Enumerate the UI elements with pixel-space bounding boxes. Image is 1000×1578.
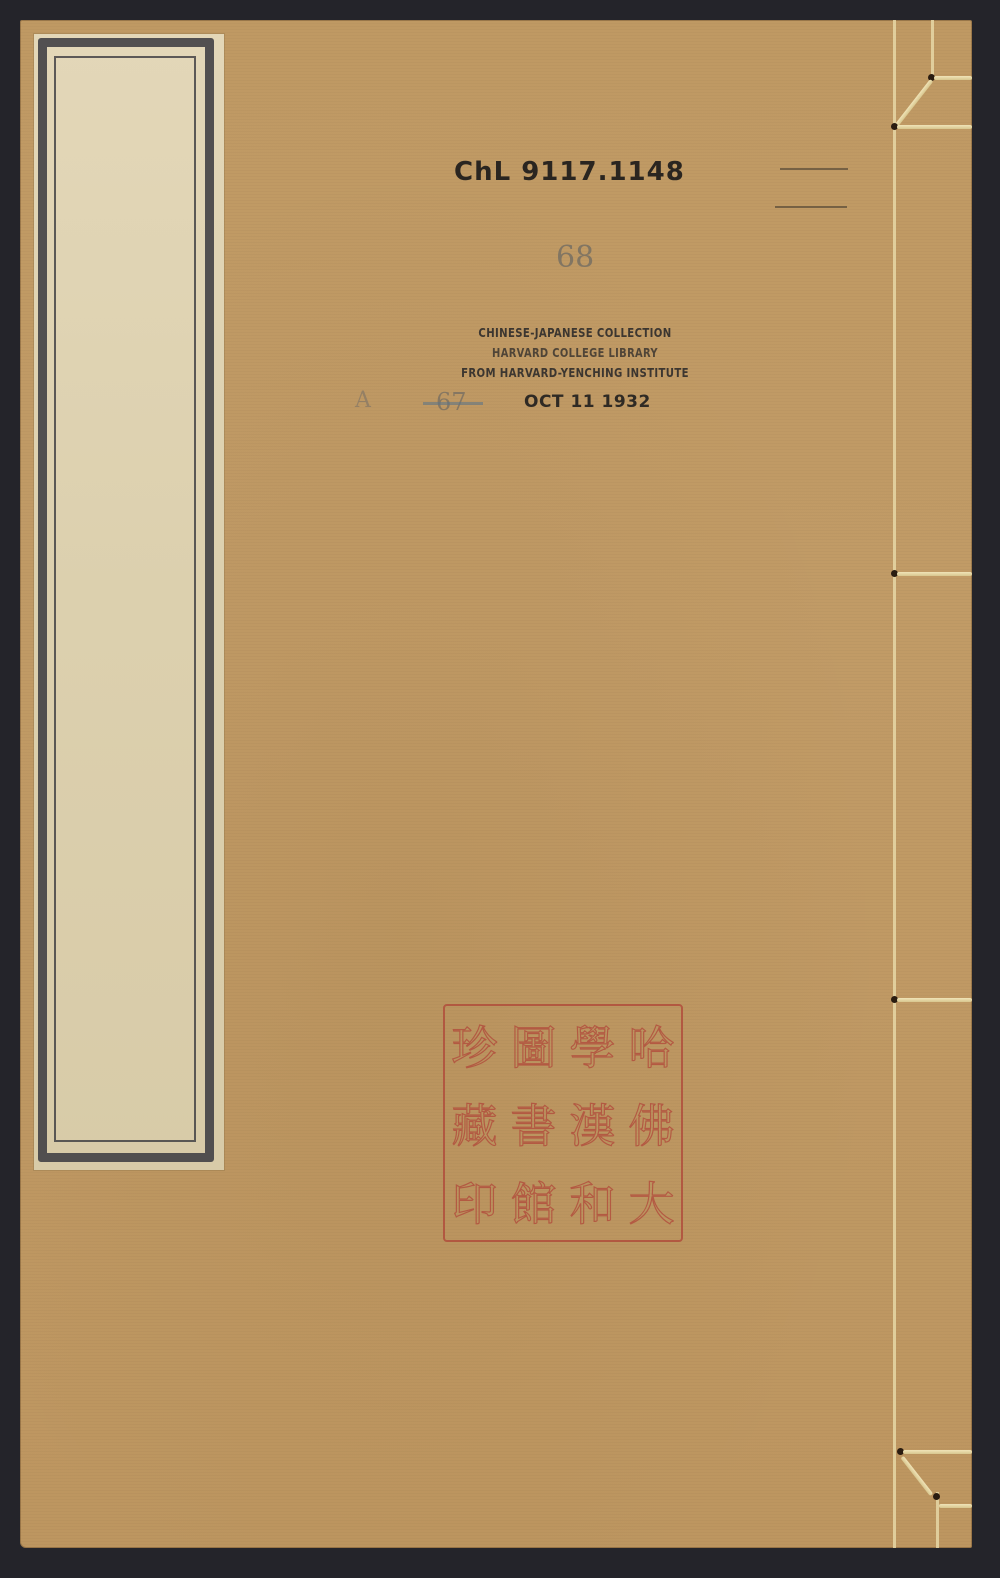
stamp-line: HARVARD COLLEGE LIBRARY	[447, 343, 702, 363]
library-stamp: CHINESE-JAPANESE COLLECTION HARVARD COLL…	[430, 323, 720, 383]
faint-ink-mark	[775, 206, 847, 208]
red-seal: 哈 佛 大 學 漢 和 圖 書 館 珍 藏 印	[443, 1004, 683, 1242]
binding-thread	[903, 1450, 972, 1454]
seal-character: 珍	[445, 1006, 504, 1084]
binding-spine-thread	[936, 1492, 939, 1548]
stamp-date: OCT 11 1932	[524, 392, 651, 412]
seal-character: 大	[622, 1162, 681, 1240]
binding-thread	[897, 998, 972, 1002]
seal-character: 和	[563, 1162, 622, 1240]
binding-thread	[897, 572, 972, 576]
stitch-hole	[933, 1493, 940, 1500]
seal-character: 圖	[504, 1006, 563, 1084]
seal-character: 佛	[622, 1084, 681, 1162]
seal-character: 學	[563, 1006, 622, 1084]
seal-character: 藏	[445, 1084, 504, 1162]
faint-ink-mark	[780, 168, 848, 170]
binding-thread	[897, 125, 972, 129]
seal-character: 館	[504, 1162, 563, 1240]
pencil-number: 68	[556, 240, 594, 275]
binding-spine-thread	[893, 20, 896, 1548]
call-number-stamp: ChL 9117.1148	[454, 157, 685, 187]
seal-character: 印	[445, 1162, 504, 1240]
stamp-line: CHINESE-JAPANESE COLLECTION	[445, 323, 706, 343]
binding-thread	[934, 76, 972, 80]
binding-spine-thread	[931, 20, 934, 78]
strikethrough-mark	[423, 402, 483, 405]
pencil-letter: A	[355, 388, 371, 413]
title-slip	[34, 34, 224, 1170]
stamp-line: FROM HARVARD-YENCHING INSTITUTE	[445, 363, 706, 383]
seal-character: 漢	[563, 1084, 622, 1162]
seal-character: 哈	[622, 1006, 681, 1084]
binding-thread	[939, 1504, 972, 1508]
seal-character: 書	[504, 1084, 563, 1162]
title-slip-inner-border	[54, 56, 196, 1142]
